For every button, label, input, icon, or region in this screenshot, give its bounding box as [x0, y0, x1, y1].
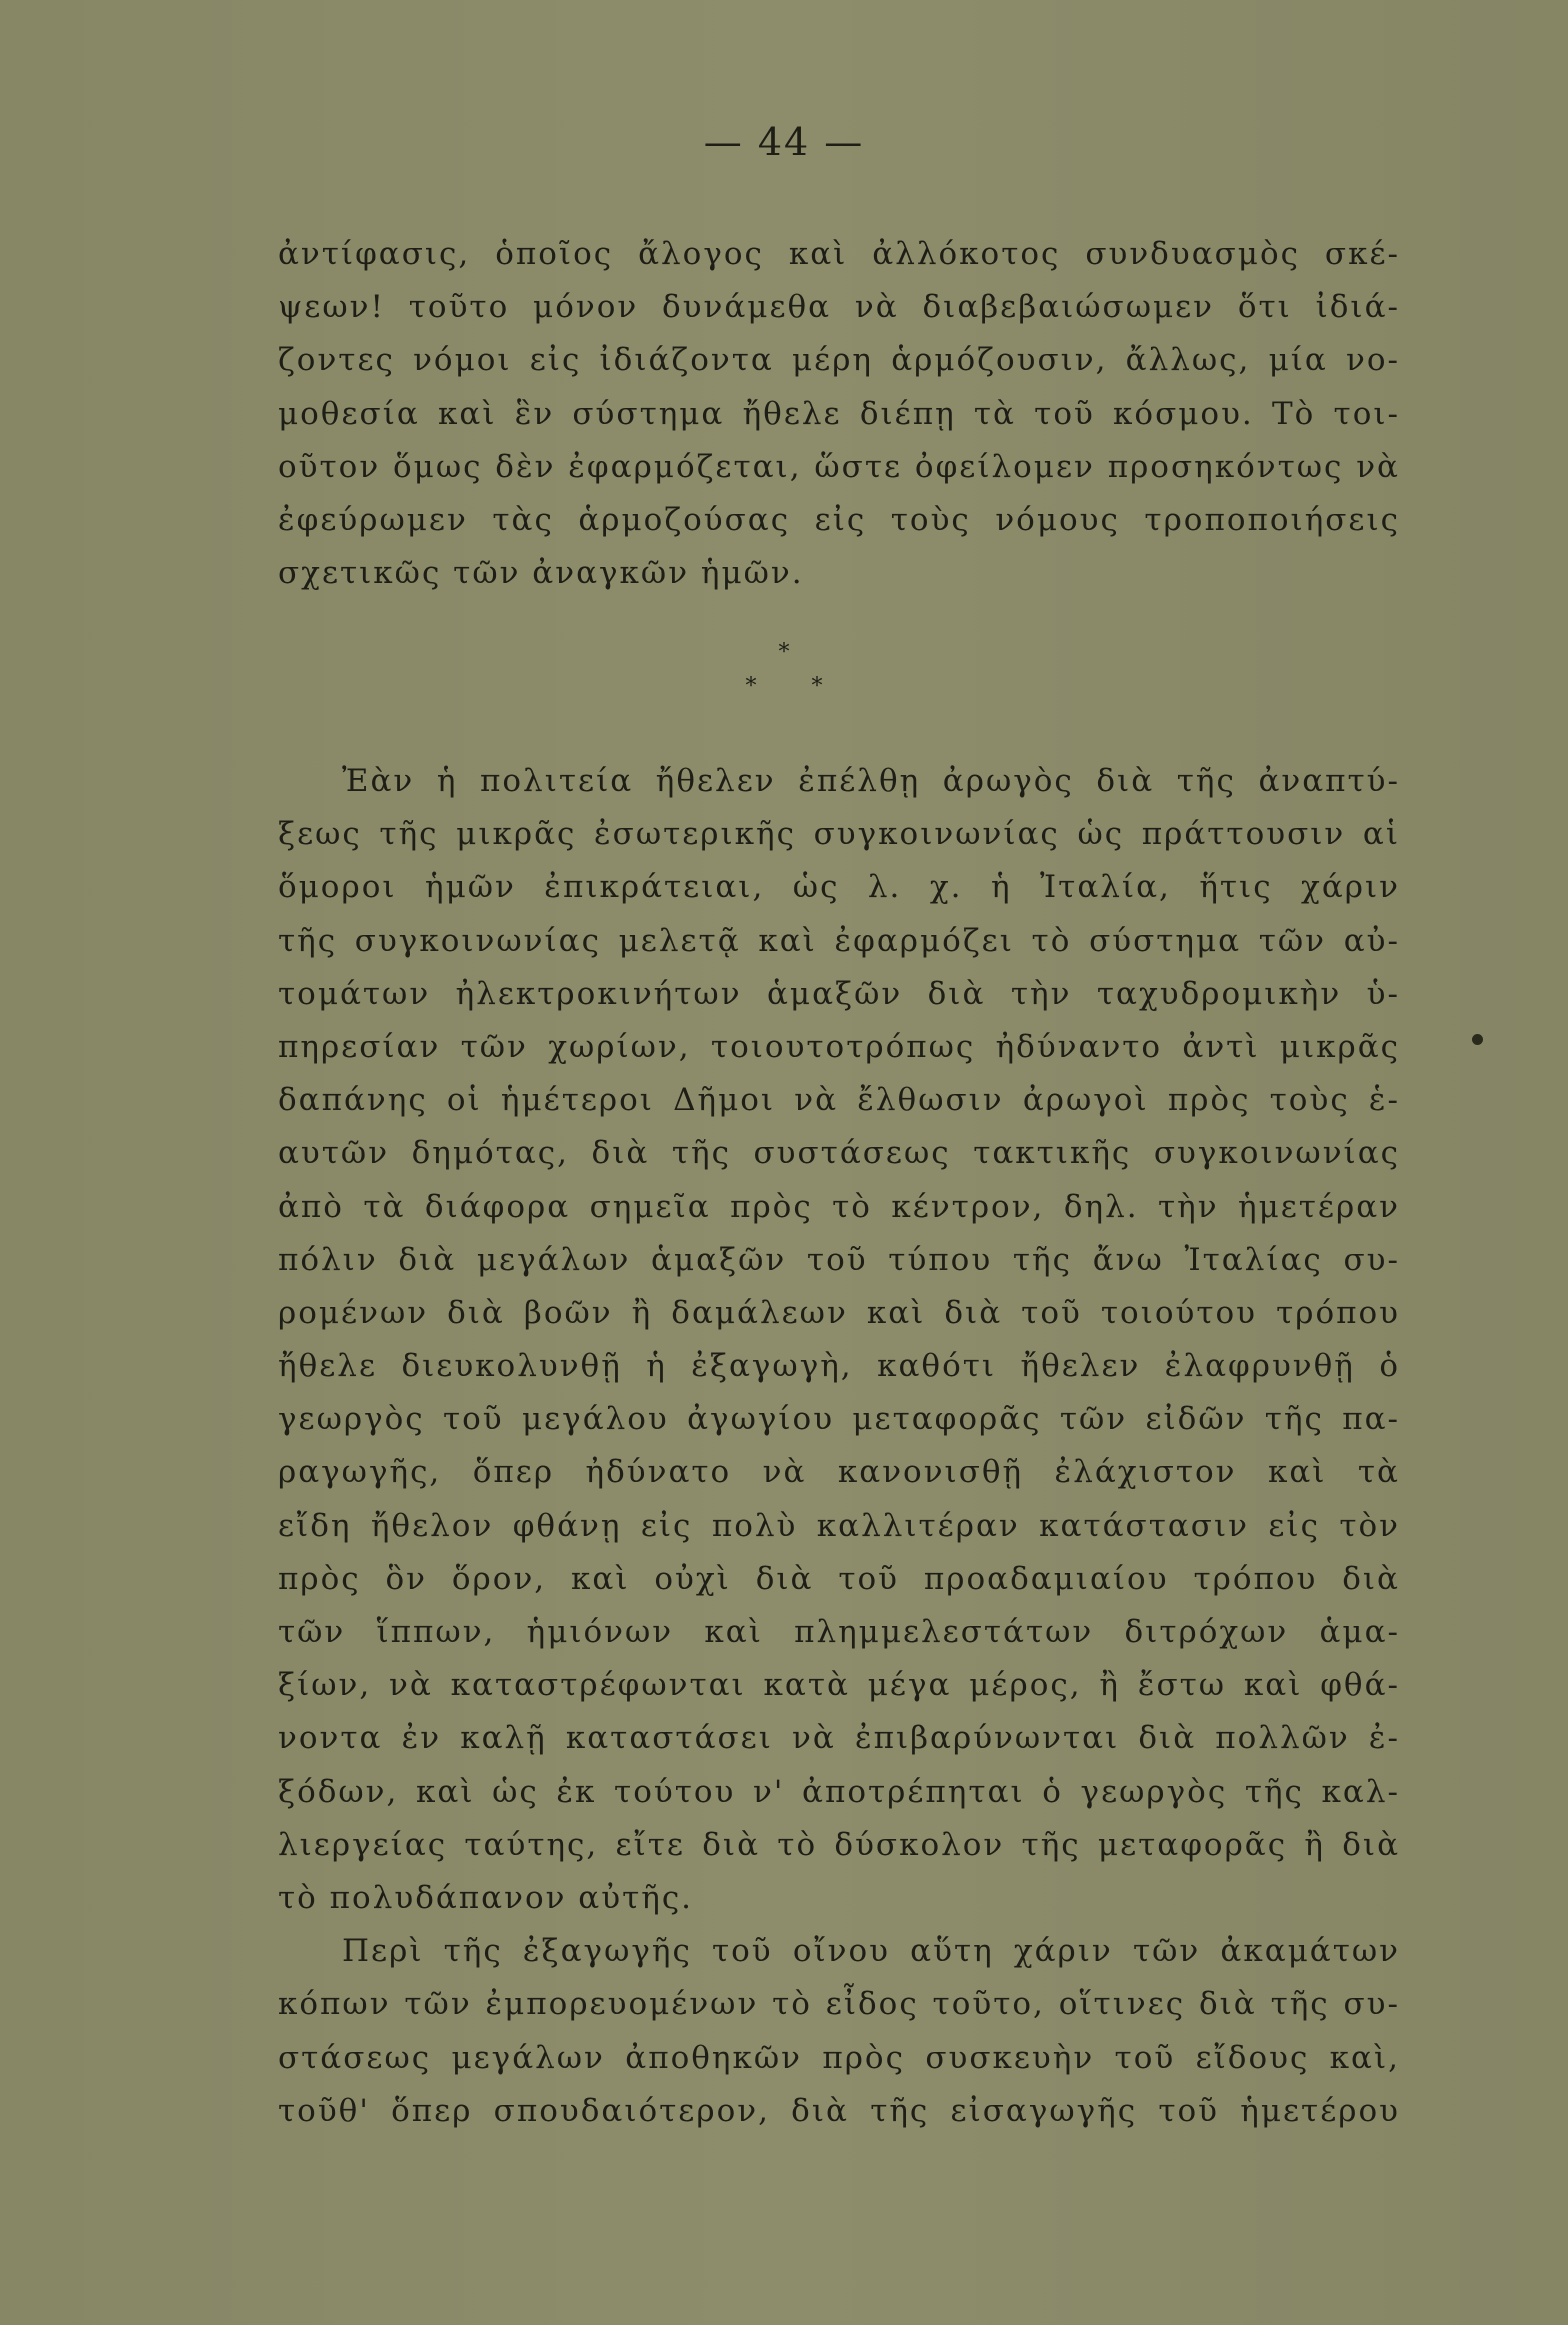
text-line: οῦτον ὅμως δὲν ἐφαρμόζεται, ὥστε ὀφείλομ…: [278, 441, 1400, 494]
text-line: ἀπὸ τὰ διάφορα σημεῖα πρὸς τὸ κέντρον, δ…: [278, 1181, 1400, 1234]
text-line: γεωργὸς τοῦ μεγάλου ἀγωγίου μεταφορᾶς τῶ…: [278, 1393, 1400, 1446]
ink-dot-mark: [1472, 1034, 1483, 1045]
text-line: νοντα ἐν καλῇ καταστάσει νὰ ἐπιβαρύνωντα…: [278, 1712, 1400, 1765]
text-line: λιεργείας ταύτης, εἴτε διὰ τὸ δύσκολον τ…: [278, 1819, 1400, 1872]
text-line: ρομένων διὰ βοῶν ἢ δαμάλεων καὶ διὰ τοῦ …: [278, 1287, 1400, 1340]
section-separator-asterism: * * *: [0, 640, 1568, 708]
text-line: πρὸς ὃν ὅρον, καὶ οὐχὶ διὰ τοῦ προαδαμια…: [278, 1553, 1400, 1606]
text-line: Περὶ τῆς ἐξαγωγῆς τοῦ οἴνου αὕτη χάριν τ…: [278, 1925, 1400, 1978]
text-line: εἴδη ἤθελον φθάνῃ εἰς πολὺ καλλιτέραν κα…: [278, 1500, 1400, 1553]
text-line: τῶν ἵππων, ἡμιόνων καὶ πλημμελεστάτων δι…: [278, 1606, 1400, 1659]
text-line: ψεων! τοῦτο μόνον δυνάμεθα νὰ διαβεβαιώσ…: [278, 281, 1400, 334]
text-line: ξίων, νὰ καταστρέφωνται κατὰ μέγα μέρος,…: [278, 1659, 1400, 1712]
text-line: στάσεως μεγάλων ἀποθηκῶν πρὸς συσκευὴν τ…: [278, 2032, 1400, 2085]
text-line: κόπων τῶν ἐμπορευομένων τὸ εἶδος τοῦτο, …: [278, 1978, 1400, 2031]
paragraph-continued: ἀντίφασις, ὁποῖος ἄλογος καὶ ἀλλόκοτος σ…: [278, 228, 1400, 600]
asterisk-icon: *: [812, 674, 823, 699]
page-number: — 44 —: [0, 120, 1568, 164]
text-line: ραγωγῆς, ὅπερ ἠδύνατο νὰ κανονισθῇ ἐλάχι…: [278, 1446, 1400, 1499]
text-line: τὸ πολυδάπανον αὐτῆς.: [278, 1872, 1400, 1925]
text-line: Ἐὰν ἡ πολιτεία ἤθελεν ἐπέλθῃ ἀρωγὸς διὰ …: [278, 755, 1400, 808]
text-line: πηρεσίαν τῶν χωρίων, τοιουτοτρόπως ἠδύνα…: [278, 1021, 1400, 1074]
text-line: ἀντίφασις, ὁποῖος ἄλογος καὶ ἀλλόκοτος σ…: [278, 228, 1400, 281]
text-line: αυτῶν δημότας, διὰ τῆς συστάσεως τακτικῆ…: [278, 1127, 1400, 1180]
text-line: ἤθελε διευκολυνθῇ ἡ ἐξαγωγὴ, καθότι ἤθελ…: [278, 1340, 1400, 1393]
paragraph-section: Ἐὰν ἡ πολιτεία ἤθελεν ἐπέλθῃ ἀρωγὸς διὰ …: [278, 755, 1400, 2138]
asterisk-icon: *: [746, 674, 757, 699]
text-line: ἐφεύρωμεν τὰς ἁρμοζούσας εἰς τοὺς νόμους…: [278, 494, 1400, 547]
text-line: ξόδων, καὶ ὡς ἐκ τούτου ν' ἀποτρέπηται ὁ…: [278, 1766, 1400, 1819]
text-line: μοθεσία καὶ ἓν σύστημα ἤθελε διέπῃ τὰ το…: [278, 388, 1400, 441]
text-line: δαπάνης οἱ ἡμέτεροι Δῆμοι νὰ ἔλθωσιν ἀρω…: [278, 1074, 1400, 1127]
text-line: τομάτων ἠλεκτροκινήτων ἁμαξῶν διὰ τὴν τα…: [278, 968, 1400, 1021]
text-line: τοῦθ' ὅπερ σπουδαιότερον, διὰ τῆς εἰσαγω…: [278, 2085, 1400, 2138]
text-line: ζοντες νόμοι εἰς ἰδιάζοντα μέρη ἁρμόζουσ…: [278, 334, 1400, 387]
text-line: σχετικῶς τῶν ἀναγκῶν ἡμῶν.: [278, 547, 1400, 600]
text-line: τῆς συγκοινωνίας μελετᾷ καὶ ἐφαρμόζει τὸ…: [278, 915, 1400, 968]
text-line: ξεως τῆς μικρᾶς ἐσωτερικῆς συγκοινωνίας …: [278, 808, 1400, 861]
text-line: ὅμοροι ἡμῶν ἐπικράτειαι, ὡς λ. χ. ἡ Ἰταλ…: [278, 861, 1400, 914]
text-line: πόλιν διὰ μεγάλων ἁμαξῶν τοῦ τύπου τῆς ἄ…: [278, 1234, 1400, 1287]
asterisk-icon: *: [0, 640, 1568, 674]
